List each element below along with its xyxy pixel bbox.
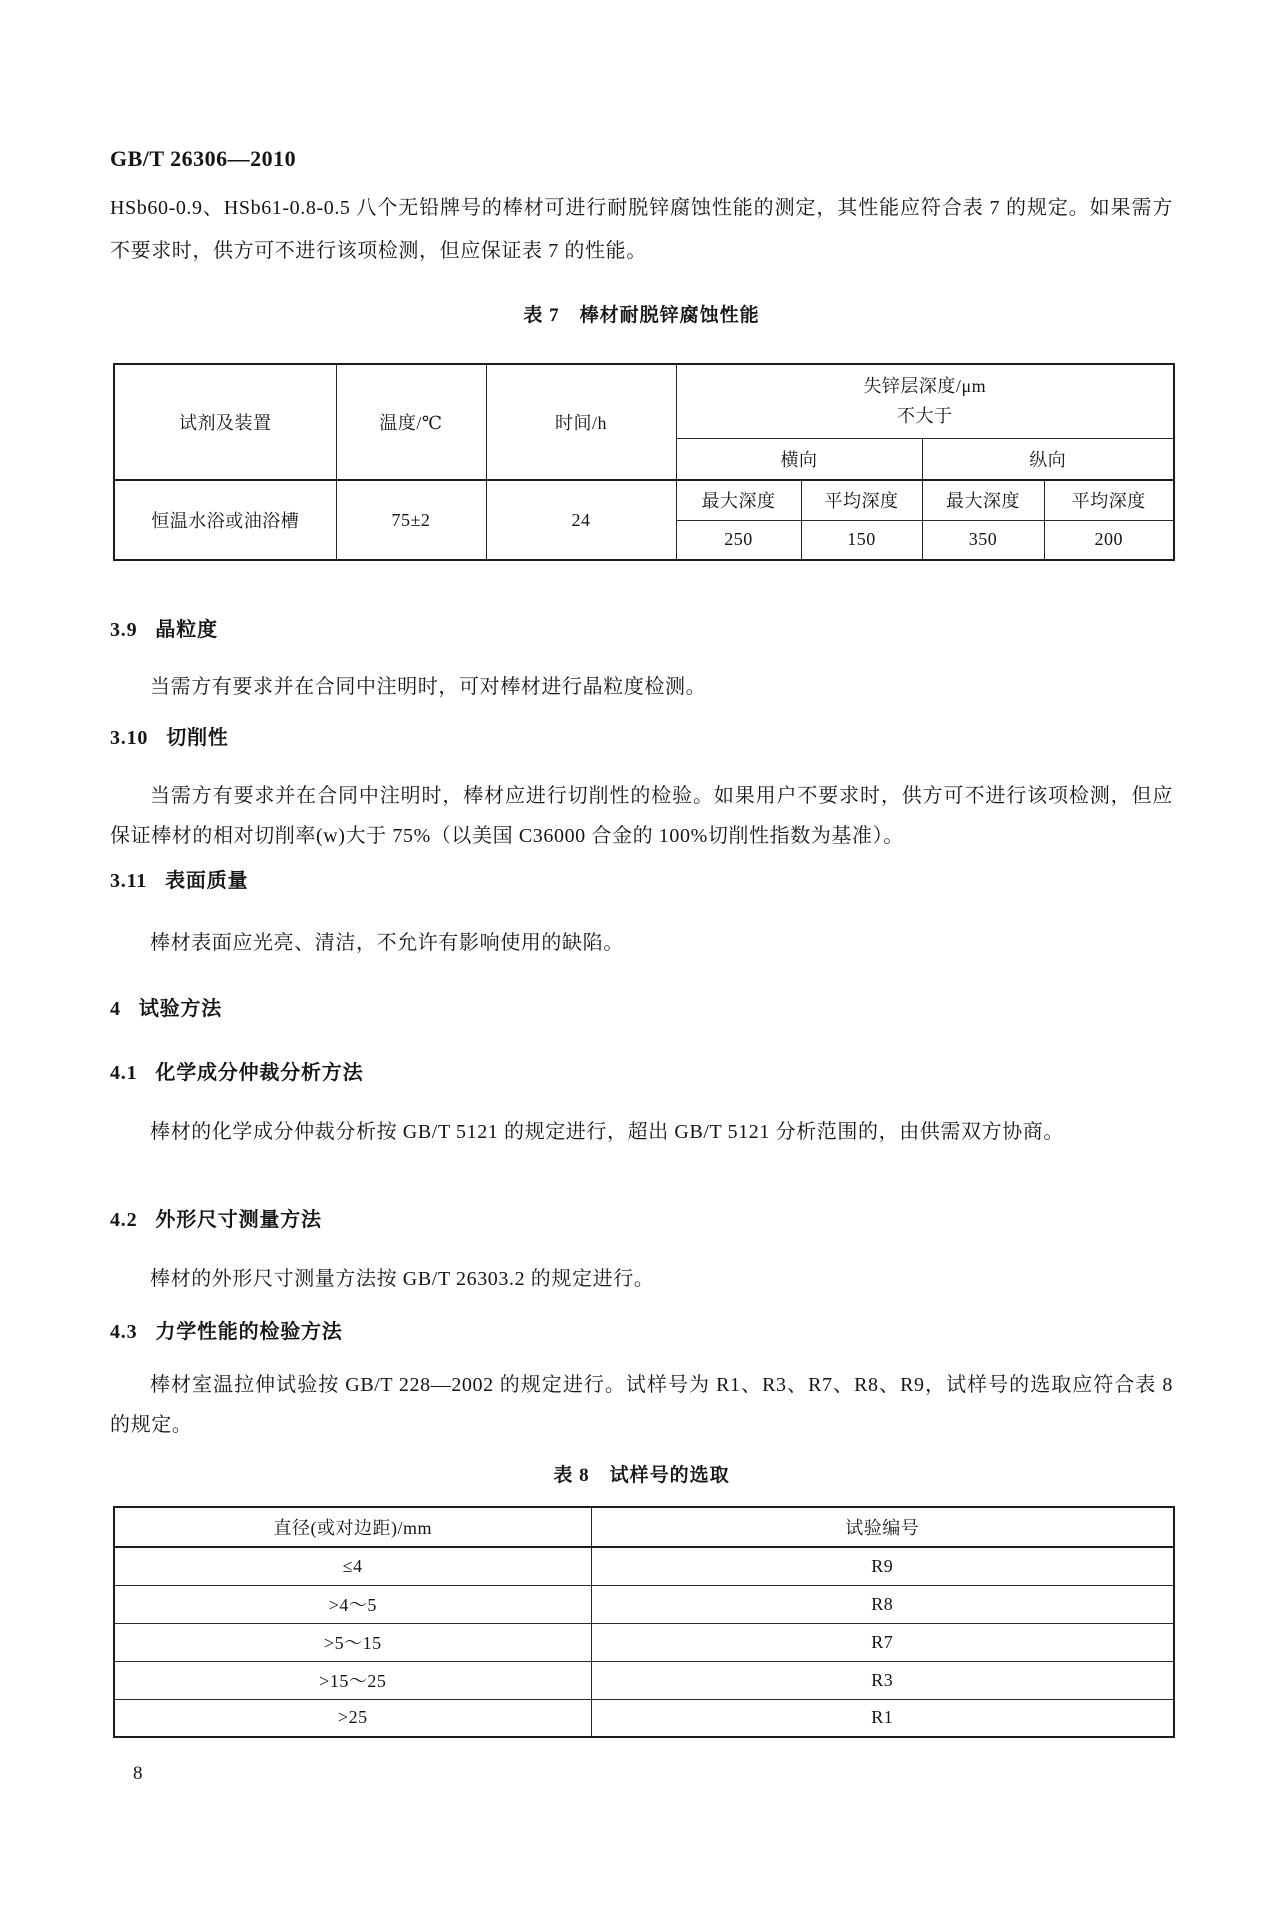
section-title: 切削性 <box>166 727 228 749</box>
table8-diameter-cell: >15～25 <box>114 1661 591 1699</box>
table-row: >5～15 R7 <box>114 1623 1174 1661</box>
table7-value-longitudinal-avg: 200 <box>1044 520 1174 560</box>
section-title: 外形尺寸测量方法 <box>155 1209 321 1231</box>
depth-group-line1: 失锌层深度/μm <box>681 371 1170 401</box>
section-number: 3.11 <box>110 870 147 892</box>
table7-col-reagent: 试剂及装置 <box>114 364 336 480</box>
section-title: 晶粒度 <box>155 619 217 641</box>
chapter-title: 试验方法 <box>139 998 222 1020</box>
table7-label-avg-depth-transverse: 平均深度 <box>801 480 922 520</box>
table8-diameter-cell: >5～15 <box>114 1623 591 1661</box>
table7-cell-time: 24 <box>486 480 676 560</box>
table7-label-max-depth-transverse: 最大深度 <box>676 480 801 520</box>
table7-col-longitudinal: 纵向 <box>922 438 1174 480</box>
table7-dezincification-performance: 试剂及装置 温度/℃ 时间/h 失锌层深度/μm 不大于 横向 纵向 恒温水浴或… <box>113 363 1175 561</box>
table7-col-time: 时间/h <box>486 364 676 480</box>
section-title: 力学性能的检验方法 <box>155 1321 342 1343</box>
document-page: GB/T 26306—2010 HSb60-0.9、HSb61-0.8-0.5 … <box>0 0 1280 1918</box>
depth-group-line2: 不大于 <box>681 401 1170 431</box>
table8-caption: 表 8 试样号的选取 <box>110 1460 1173 1487</box>
section-4-2-heading: 4.2外形尺寸测量方法 <box>110 1203 1173 1232</box>
chapter-number: 4 <box>110 998 121 1020</box>
section-4-1-body: 棒材的化学成分仲裁分析按 GB/T 5121 的规定进行，超出 GB/T 512… <box>110 1112 1173 1152</box>
table8-col-diameter: 直径(或对边距)/mm <box>114 1507 591 1547</box>
section-3-10-heading: 3.10切削性 <box>110 721 1173 750</box>
table7-caption: 表 7 棒材耐脱锌腐蚀性能 <box>110 300 1173 327</box>
intro-paragraph: HSb60-0.9、HSb61-0.8-0.5 八个无铅牌号的棒材可进行耐脱锌腐… <box>110 187 1173 273</box>
table7-value-transverse-avg: 150 <box>801 520 922 560</box>
chapter-4-heading: 4试验方法 <box>110 992 1173 1021</box>
table-row: >25 R1 <box>114 1699 1174 1737</box>
table8-specimen-selection: 直径(或对边距)/mm 试验编号 ≤4 R9 >4～5 R8 >5～15 R7 … <box>113 1506 1175 1738</box>
table-row: >4～5 R8 <box>114 1585 1174 1623</box>
section-4-3-body: 棒材室温拉伸试验按 GB/T 228—2002 的规定进行。试样号为 R1、R3… <box>110 1365 1173 1445</box>
table7-sub-header-row: 恒温水浴或油浴槽 75±2 24 最大深度 平均深度 最大深度 平均深度 <box>114 480 1174 520</box>
section-number: 3.9 <box>110 619 137 641</box>
section-number: 4.1 <box>110 1062 137 1084</box>
table8-test-number-cell: R3 <box>591 1661 1174 1699</box>
section-3-9-body: 当需方有要求并在合同中注明时，可对棒材进行晶粒度检测。 <box>110 666 1173 709</box>
table8-diameter-cell: ≤4 <box>114 1547 591 1585</box>
table7-col-transverse: 横向 <box>676 438 922 480</box>
table8-test-number-cell: R9 <box>591 1547 1174 1585</box>
table8-test-number-cell: R7 <box>591 1623 1174 1661</box>
table7-col-temperature: 温度/℃ <box>336 364 486 480</box>
table7-label-avg-depth-longitudinal: 平均深度 <box>1044 480 1174 520</box>
table-row: >15～25 R3 <box>114 1661 1174 1699</box>
table7-label-max-depth-longitudinal: 最大深度 <box>922 480 1044 520</box>
table8-header-row: 直径(或对边距)/mm 试验编号 <box>114 1507 1174 1547</box>
section-title: 表面质量 <box>165 870 248 892</box>
section-title: 化学成分仲裁分析方法 <box>155 1062 363 1084</box>
table7-value-longitudinal-max: 350 <box>922 520 1044 560</box>
table8-test-number-cell: R1 <box>591 1699 1174 1737</box>
section-3-9-heading: 3.9晶粒度 <box>110 613 1173 642</box>
table7-cell-reagent: 恒温水浴或油浴槽 <box>114 480 336 560</box>
section-number: 3.10 <box>110 727 148 749</box>
table-row: ≤4 R9 <box>114 1547 1174 1585</box>
section-4-2-body: 棒材的外形尺寸测量方法按 GB/T 26303.2 的规定进行。 <box>110 1258 1173 1301</box>
section-3-10-body: 当需方有要求并在合同中注明时，棒材应进行切削性的检验。如果用户不要求时，供方可不… <box>110 776 1173 856</box>
section-4-3-heading: 4.3力学性能的检验方法 <box>110 1315 1173 1344</box>
table8-col-test-number: 试验编号 <box>591 1507 1174 1547</box>
table8-test-number-cell: R8 <box>591 1585 1174 1623</box>
section-3-11-heading: 3.11表面质量 <box>110 864 1173 893</box>
table7-value-transverse-max: 250 <box>676 520 801 560</box>
section-number: 4.3 <box>110 1321 137 1343</box>
standard-number-header: GB/T 26306—2010 <box>110 146 296 172</box>
section-4-1-heading: 4.1化学成分仲裁分析方法 <box>110 1056 1173 1085</box>
section-3-11-body: 棒材表面应光亮、清洁，不允许有影响使用的缺陷。 <box>110 922 1173 965</box>
table7-cell-temperature: 75±2 <box>336 480 486 560</box>
table8-diameter-cell: >25 <box>114 1699 591 1737</box>
page-number: 8 <box>133 1763 143 1785</box>
section-number: 4.2 <box>110 1209 137 1231</box>
table8-diameter-cell: >4～5 <box>114 1585 591 1623</box>
table7-col-depth-group: 失锌层深度/μm 不大于 <box>676 364 1174 438</box>
